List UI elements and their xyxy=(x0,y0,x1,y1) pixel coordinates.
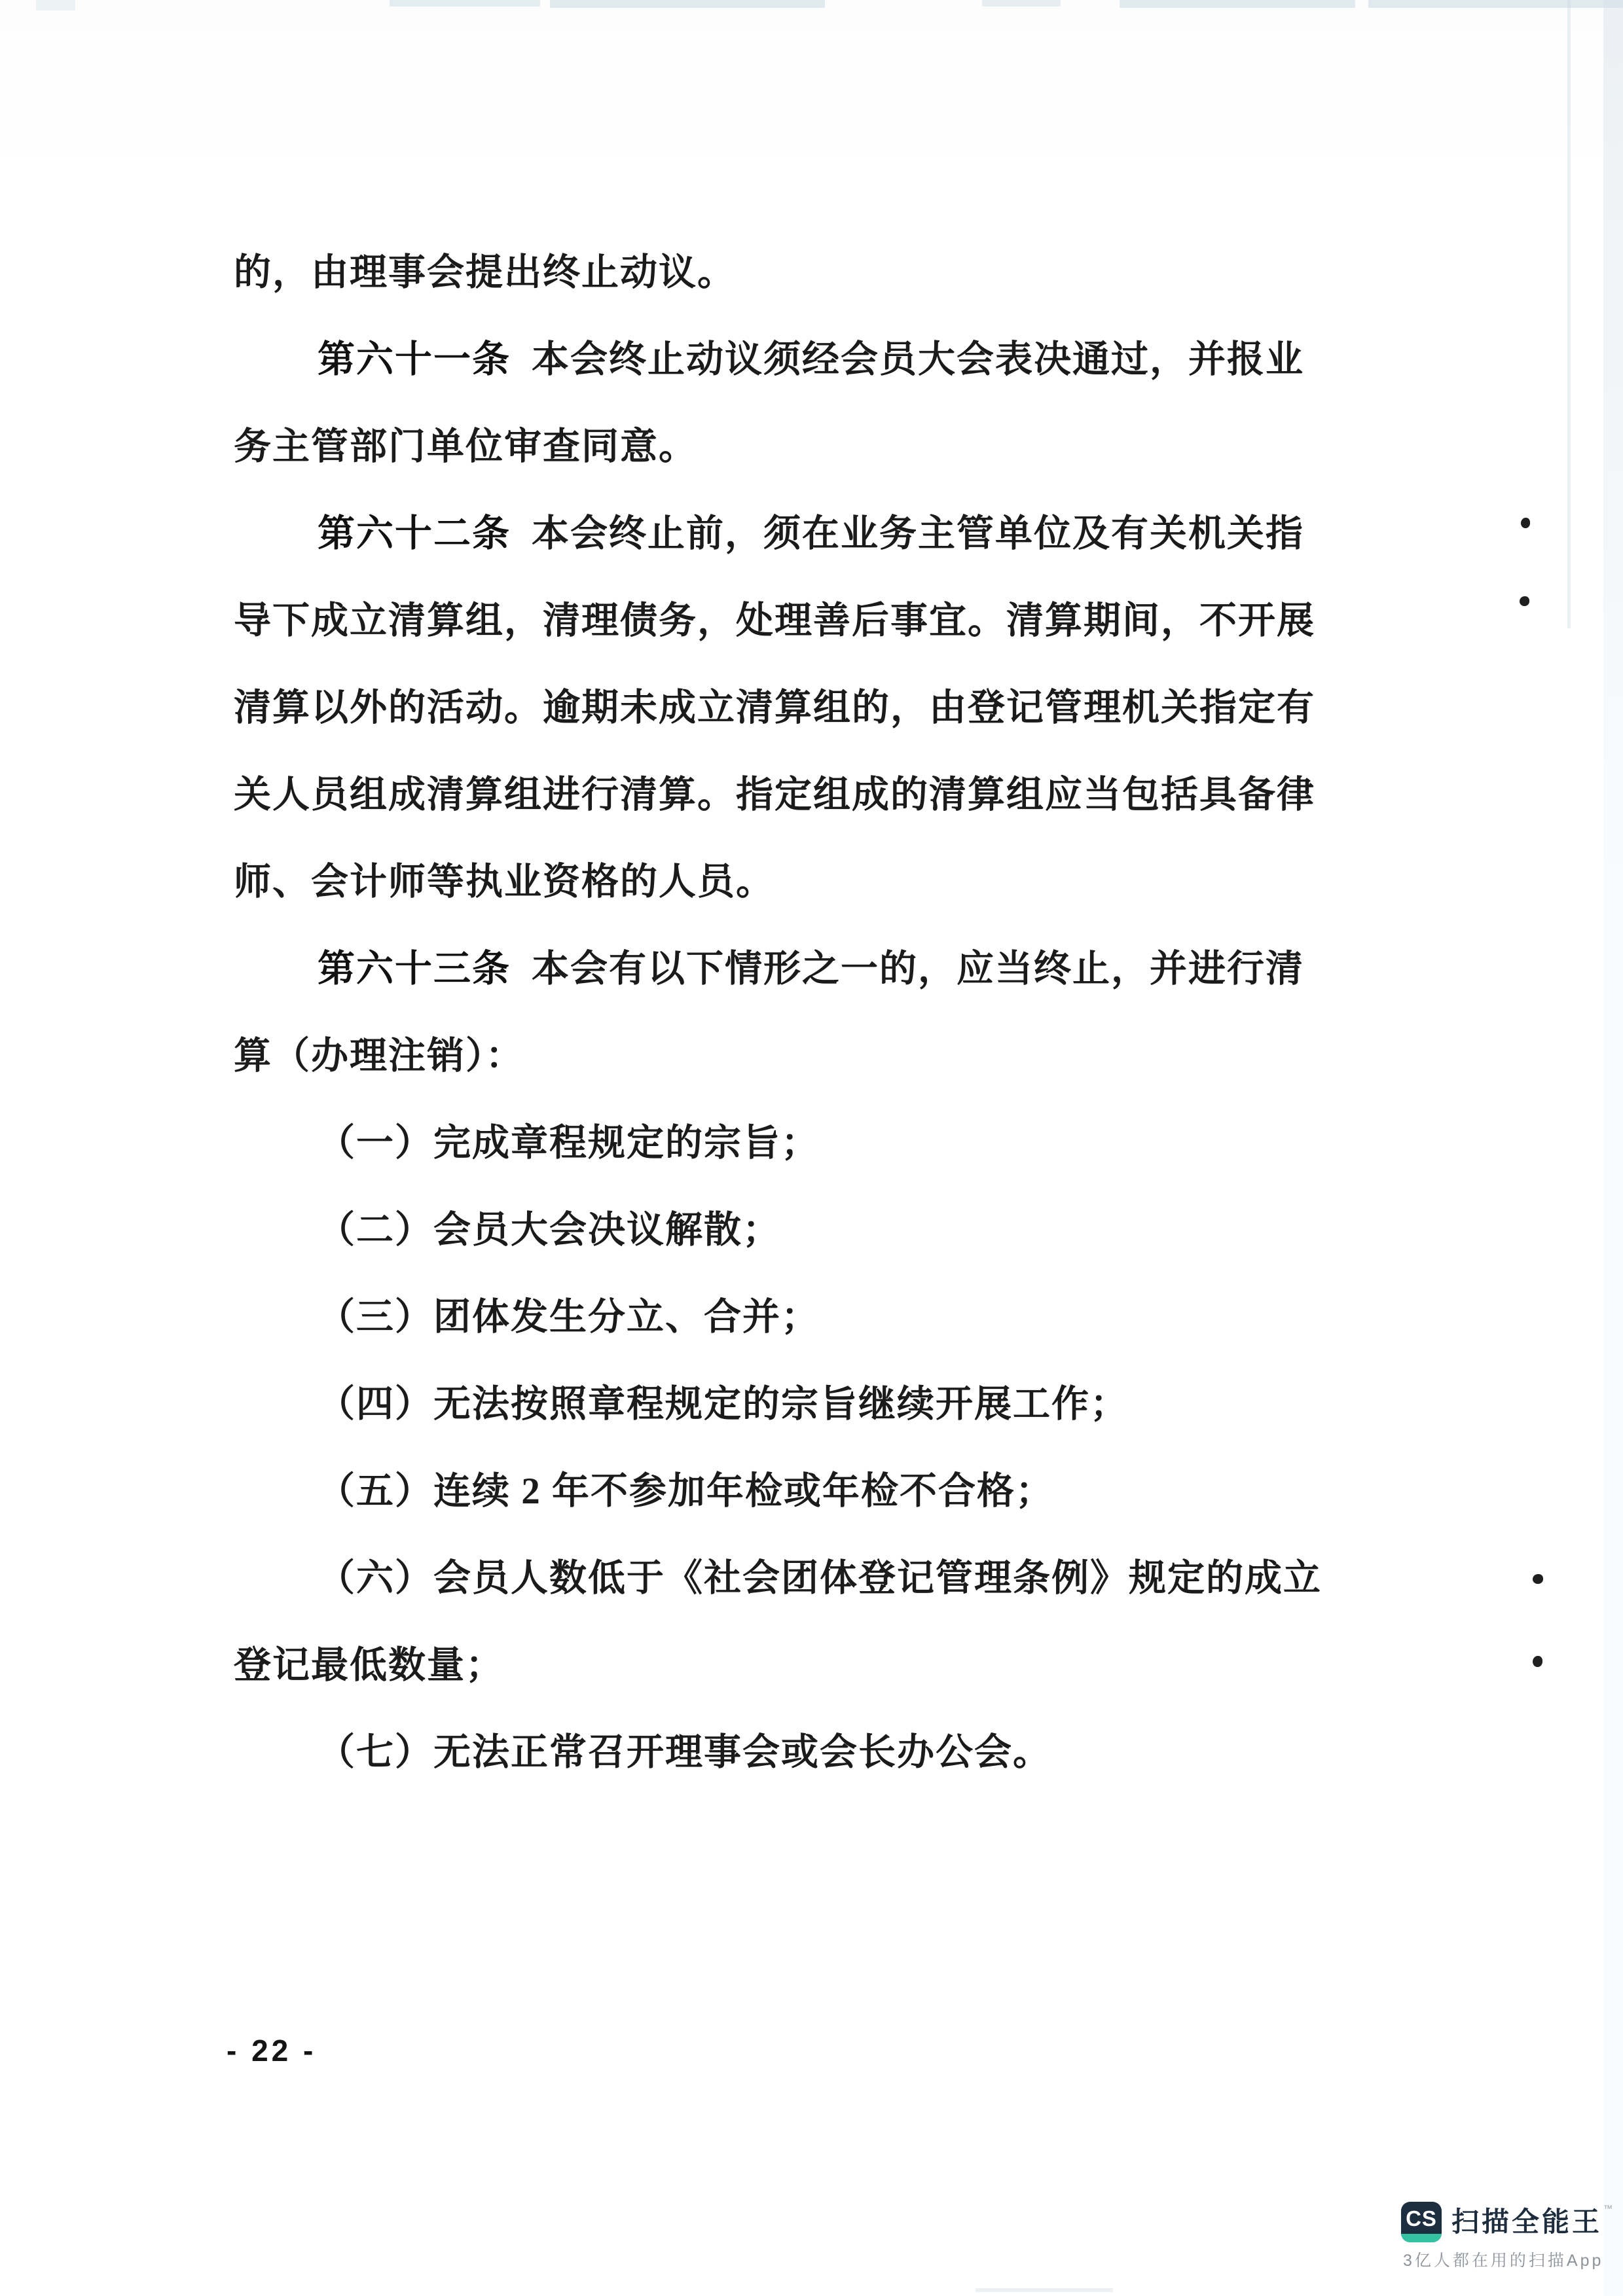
document-body: 的，由理事会提出终止动议。第六十一条本会终止动议须经会员大会表决通过，并报业务主… xyxy=(234,229,1412,1796)
document-line: （一）完成章程规定的宗旨； xyxy=(234,1100,1412,1187)
document-line: （五）连续 2 年不参加年检或年检不合格； xyxy=(234,1448,1412,1535)
scan-noise-segment xyxy=(1368,0,1623,8)
scan-noise-segment xyxy=(1120,0,1355,8)
document-line: 第六十三条本会有以下情形之一的，应当终止，并进行清 xyxy=(234,925,1412,1013)
line-text: 算（办理注销）： xyxy=(234,1035,524,1077)
line-text: （二）会员大会决议解散； xyxy=(318,1210,781,1251)
line-text: （五）连续 2 年不参加年检或年检不合格； xyxy=(318,1471,1054,1512)
camscanner-logo-row: CS 扫描全能王 ™ xyxy=(1401,2202,1604,2242)
scan-noise-segment xyxy=(390,0,540,7)
trademark-symbol: ™ xyxy=(1603,2203,1613,2214)
page-number: - 22 - xyxy=(227,2033,316,2068)
document-line: （七）无法正常召开理事会或会长办公会。 xyxy=(234,1709,1412,1796)
scan-noise-bottom xyxy=(976,2288,1113,2292)
document-line: 第六十二条本会终止前，须在业务主管单位及有关机关指 xyxy=(234,490,1412,577)
ink-speck xyxy=(1521,518,1530,528)
document-line: 师、会计师等执业资格的人员。 xyxy=(234,838,1412,925)
document-line: （三）团体发生分立、合并； xyxy=(234,1274,1412,1361)
document-line: 导下成立清算组，清理债务，处理善后事宜。清算期间，不开展 xyxy=(234,577,1412,664)
line-text: 师、会计师等执业资格的人员。 xyxy=(234,861,775,903)
document-line: 的，由理事会提出终止动议。 xyxy=(234,229,1412,316)
line-text: 的，由理事会提出终止动议。 xyxy=(234,252,736,293)
line-text: 登记最低数量； xyxy=(234,1645,504,1686)
scan-fold-line xyxy=(1567,0,1571,628)
camscanner-cs-letters: CS xyxy=(1401,2203,1442,2234)
scanned-page: 的，由理事会提出终止动议。第六十一条本会终止动议须经会员大会表决通过，并报业务主… xyxy=(0,0,1623,2296)
scan-noise-segment xyxy=(982,0,1061,7)
line-text: （六）会员人数低于《社会团体登记管理条例》规定的成立 xyxy=(318,1558,1322,1599)
document-line: 关人员组成清算组进行清算。指定组成的清算组应当包括具备律 xyxy=(234,751,1412,838)
camscanner-tagline: 3亿人都在用的扫描App xyxy=(1403,2248,1604,2271)
camscanner-logo-icon: CS xyxy=(1401,2202,1442,2242)
ink-speck xyxy=(1533,1574,1543,1584)
line-text: （四）无法按照章程规定的宗旨继续开展工作； xyxy=(318,1384,1129,1425)
line-text: （七）无法正常召开理事会或会长办公会。 xyxy=(318,1732,1051,1773)
line-text: 关人员组成清算组进行清算。指定组成的清算组应当包括具备律 xyxy=(234,774,1315,816)
document-line: 务主管部门单位审查同意。 xyxy=(234,403,1412,490)
scan-noise-segment xyxy=(36,0,75,10)
document-line: 第六十一条本会终止动议须经会员大会表决通过，并报业 xyxy=(234,316,1412,403)
article-number: 第六十一条 xyxy=(318,339,511,380)
document-line: 清算以外的活动。逾期未成立清算组的，由登记管理机关指定有 xyxy=(234,664,1412,751)
line-text: （一）完成章程规定的宗旨； xyxy=(318,1122,820,1164)
document-line: 登记最低数量； xyxy=(234,1622,1412,1709)
document-line: 算（办理注销）： xyxy=(234,1013,1412,1100)
document-line: （二）会员大会决议解散； xyxy=(234,1187,1412,1274)
line-text: （三）团体发生分立、合并； xyxy=(318,1297,820,1338)
scan-noise-segment xyxy=(550,0,825,8)
document-line: （四）无法按照章程规定的宗旨继续开展工作； xyxy=(234,1361,1412,1448)
camscanner-watermark: CS 扫描全能王 ™ 3亿人都在用的扫描App xyxy=(1401,2202,1604,2271)
line-text: 务主管部门单位审查同意。 xyxy=(234,426,697,467)
line-text: 本会有以下情形之一的，应当终止，并进行清 xyxy=(532,948,1304,990)
camscanner-icon-teal-bar xyxy=(1401,2234,1442,2242)
line-text: 清算以外的活动。逾期未成立清算组的，由登记管理机关指定有 xyxy=(234,687,1315,728)
article-number: 第六十二条 xyxy=(318,513,511,554)
line-text: 本会终止动议须经会员大会表决通过，并报业 xyxy=(532,339,1304,380)
camscanner-brand-wrap: 扫描全能王 ™ xyxy=(1451,2202,1602,2242)
line-text: 导下成立清算组，清理债务，处理善后事宜。清算期间，不开展 xyxy=(234,600,1315,641)
scan-noise-right-edge xyxy=(1603,0,1623,2296)
camscanner-brand-text: 扫描全能王 xyxy=(1451,2206,1602,2237)
ink-speck xyxy=(1533,1656,1542,1667)
document-line: （六）会员人数低于《社会团体登记管理条例》规定的成立 xyxy=(234,1535,1412,1622)
article-number: 第六十三条 xyxy=(318,948,511,990)
line-text: 本会终止前，须在业务主管单位及有关机关指 xyxy=(532,513,1304,554)
ink-speck xyxy=(1520,596,1529,606)
